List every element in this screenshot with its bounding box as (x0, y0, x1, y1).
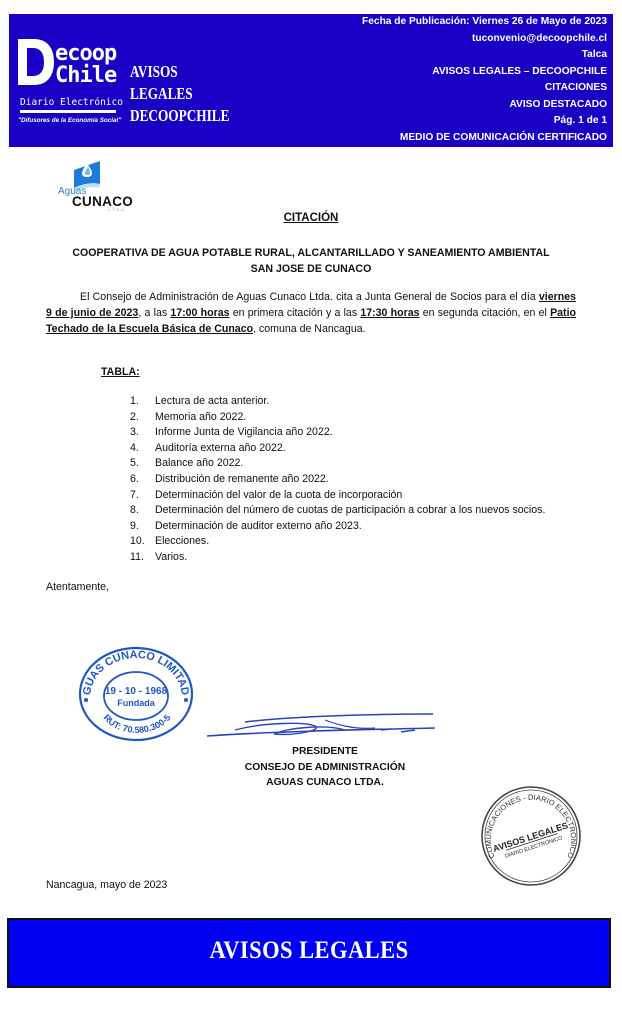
agenda-number: 2. (130, 410, 155, 426)
decoop-d-logo-icon (14, 36, 56, 88)
agenda-list: 1.Lectura de acta anterior. 2.Memoria añ… (130, 394, 545, 566)
paragraph-text: en segunda citación, en el (420, 307, 551, 319)
agenda-text: Auditoría externa año 2022. (155, 442, 286, 454)
second-call-time: 17:30 horas (360, 307, 419, 319)
document-title: CITACIÓN (0, 212, 622, 224)
agenda-text: Balance año 2022. (155, 457, 243, 469)
signature-block: PRESIDENTE CONSEJO DE ADMINISTRACIÓN AGU… (200, 744, 450, 791)
paragraph-text: en primera citación y a las (230, 307, 361, 319)
agenda-text: Elecciones. (155, 535, 209, 547)
agenda-text: Distribución de remanente año 2022. (155, 473, 329, 485)
agenda-number: 10. (130, 534, 155, 550)
certification-label: MEDIO DE COMUNICACIÓN CERTIFICADO (362, 130, 607, 147)
agenda-number: 7. (130, 488, 155, 504)
agenda-item: 3.Informe Junta de Vigilancia año 2022. (130, 425, 545, 441)
agenda-number: 1. (130, 394, 155, 410)
category-label: CITACIONES (362, 80, 607, 97)
section-title-line-2: LEGALES (130, 84, 193, 104)
logo-tagline: "Difusores de la Economía Social" (18, 117, 121, 124)
section-title-line-3: DECOOPCHILE (130, 106, 229, 126)
organization-line-1: COOPERATIVA DE AGUA POTABLE RURAL, ALCAN… (0, 245, 622, 261)
agenda-number: 9. (130, 519, 155, 535)
page-count: Pág. 1 de 1 (362, 113, 607, 130)
city: Talca (362, 47, 607, 64)
agenda-text: Determinación de auditor externo año 202… (155, 520, 362, 532)
agenda-text: Varios. (155, 551, 187, 563)
agenda-text: Determinación del número de cuotas de pa… (155, 504, 545, 516)
agenda-item: 11.Varios. (130, 550, 545, 566)
paragraph-text: , comuna de Nancagua. (253, 323, 366, 335)
section-label: AVISOS LEGALES – DECOOPCHILE (362, 64, 607, 81)
paragraph-text: El Consejo de Administración de Aguas Cu… (80, 291, 539, 303)
agenda-number: 11. (130, 550, 155, 566)
signer-title: PRESIDENTE (200, 744, 450, 760)
agenda-number: 5. (130, 456, 155, 472)
agenda-item: 1.Lectura de acta anterior. (130, 394, 545, 410)
agenda-item: 10.Elecciones. (130, 534, 545, 550)
organization-stamp-icon: AGUAS CUNACO LIMITADA RUT: 70.580.300-5 … (78, 646, 194, 742)
agenda-number: 3. (130, 425, 155, 441)
publication-date: Fecha de Publicación: Viernes 26 de Mayo… (362, 14, 607, 31)
paragraph-text: , a las (138, 307, 170, 319)
signer-org: AGUAS CUNACO LTDA. (200, 775, 450, 791)
footer-banner-title: AVISOS LEGALES (39, 937, 579, 965)
agenda-number: 4. (130, 441, 155, 457)
logo-text-ecoop: ecoop (55, 44, 116, 64)
signature-icon (205, 708, 437, 744)
agenda-item: 2.Memoria año 2022. (130, 410, 545, 426)
svg-text:19 - 10 - 1968: 19 - 10 - 1968 (105, 686, 168, 697)
agenda-item: 9.Determinación de auditor externo año 2… (130, 519, 545, 535)
organization-line-2: SAN JOSE DE CUNACO (0, 261, 622, 277)
first-call-time: 17:00 horas (170, 307, 229, 319)
publication-info: Fecha de Publicación: Viernes 26 de Mayo… (362, 14, 607, 146)
logo-divider (20, 110, 116, 113)
agenda-item: 5.Balance año 2022. (130, 456, 545, 472)
logo-subtitle: Diario Electrónico (20, 97, 123, 108)
agenda-number: 6. (130, 472, 155, 488)
section-title-line-1: AVISOS (130, 62, 178, 82)
agenda-text: Informe Junta de Vigilancia año 2022. (155, 426, 333, 438)
agenda-item: 7.Determinación del valor de la cuota de… (130, 488, 545, 504)
svg-text:RUT: 70.580.300-5: RUT: 70.580.300-5 (102, 712, 173, 734)
agenda-item: 4.Auditoría externa año 2022. (130, 441, 545, 457)
agenda-text: Memoria año 2022. (155, 411, 246, 423)
footer-banner: AVISOS LEGALES (7, 918, 611, 988)
notice-type: AVISO DESTACADO (362, 97, 607, 114)
svg-text:Fundada: Fundada (117, 698, 155, 708)
organization-name: COOPERATIVA DE AGUA POTABLE RURAL, ALCAN… (0, 245, 622, 277)
agenda-number: 8. (130, 503, 155, 519)
media-certification-stamp-icon: COMUNICACIONES - DIARIO ELECTRONICO AVIS… (480, 785, 582, 887)
logo-text-chile: Chile (55, 66, 116, 86)
agenda-item: 8.Determinación del número de cuotas de … (130, 503, 545, 519)
signer-board: CONSEJO DE ADMINISTRACIÓN (200, 760, 450, 776)
closing-salutation: Atentamente, (46, 581, 109, 593)
agenda-label: TABLA: (101, 366, 140, 378)
agenda-text: Lectura de acta anterior. (155, 395, 269, 407)
contact-email[interactable]: tuconvenio@decoopchile.cl (362, 31, 607, 48)
place-and-date: Nancagua, mayo de 2023 (46, 879, 167, 891)
agenda-item: 6.Distribución de remanente año 2022. (130, 472, 545, 488)
citation-paragraph: El Consejo de Administración de Aguas Cu… (46, 290, 576, 337)
agenda-text: Determinación del valor de la cuota de i… (155, 489, 402, 501)
